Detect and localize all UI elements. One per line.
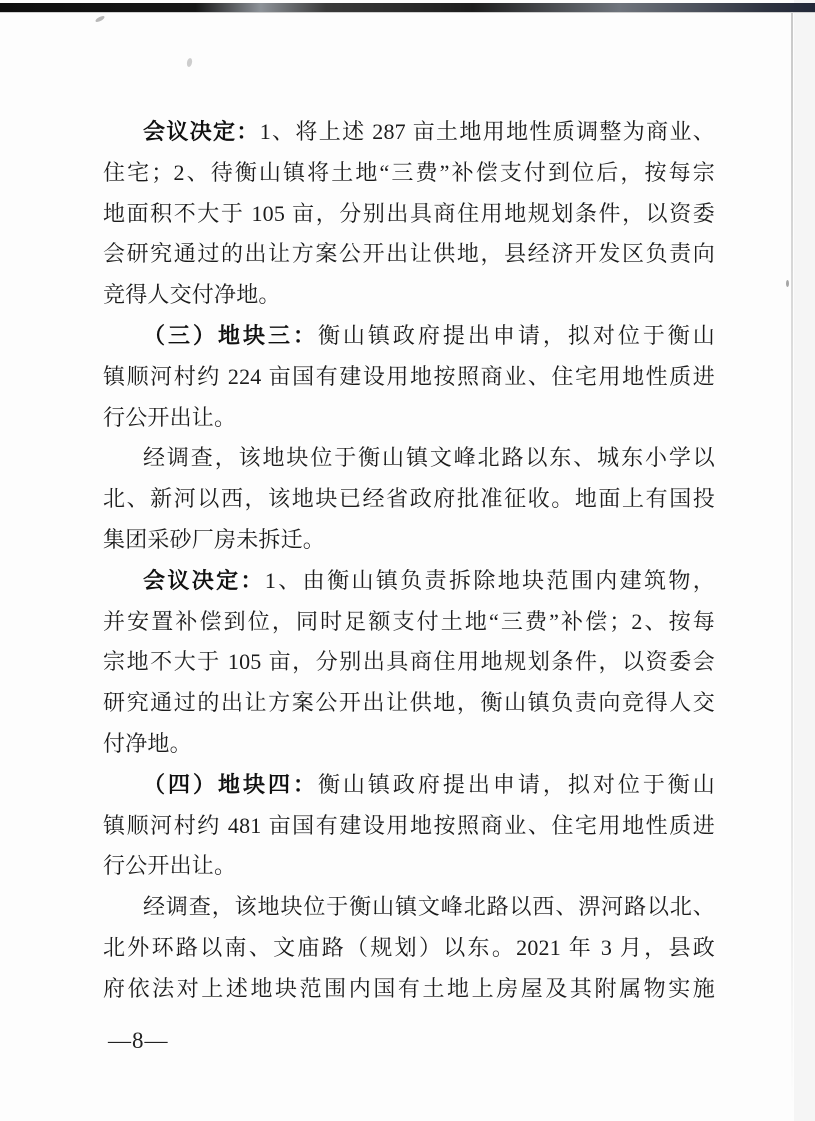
doc-line: 宗地不大于 105 亩，分别出具商住用地规划条件，以资委会 <box>103 642 715 683</box>
doc-line: 镇顺河村约 224 亩国有建设用地按照商业、住宅用地性质进 <box>103 357 715 398</box>
text-run: 集团采砂厂房未拆迁。 <box>103 527 325 552</box>
scan-artifact-speck <box>186 58 193 68</box>
scan-artifact-speck <box>95 15 106 23</box>
text-run: 行公开出让。 <box>103 853 236 878</box>
text-run: 北、新河以西，该地块已经省政府批准征收。地面上有国投 <box>103 486 715 511</box>
text-run: 镇顺河村约 224 亩国有建设用地按照商业、住宅用地性质进 <box>103 364 715 389</box>
doc-line: 地面积不大于 105 亩，分别出具商住用地规划条件，以资委 <box>103 194 715 235</box>
doc-line: 行公开出让。 <box>103 846 715 887</box>
bold-heading-run: （三）地块三： <box>143 323 318 348</box>
text-run: 衡山镇政府提出申请，拟对位于衡山 <box>318 772 715 797</box>
text-run: 地面积不大于 105 亩，分别出具商住用地规划条件，以资委 <box>103 201 715 226</box>
text-run: 1、由衡山镇负责拆除地块范围内建筑物， <box>265 568 715 593</box>
page-right-edge-line <box>791 10 793 1105</box>
text-run: 行公开出让。 <box>103 405 236 430</box>
doc-line: 北、新河以西，该地块已经省政府批准征收。地面上有国投 <box>103 479 715 520</box>
scanned-document-page: 会议决定：1、将上述 287 亩土地用地性质调整为商业、 住宅；2、待衡山镇将土… <box>0 0 815 1121</box>
text-run: 府依法对上述地块范围内国有土地上房屋及其附属物实施 <box>103 976 715 1001</box>
bold-heading-run: 会议决定： <box>143 568 265 593</box>
text-run: 经调查，该地块位于衡山镇文峰北路以东、城东小学以 <box>143 445 715 470</box>
bold-heading-run: 会议决定： <box>143 119 260 144</box>
page-number: —8— <box>108 1026 169 1056</box>
text-run: 竞得人交付净地。 <box>103 282 281 307</box>
doc-line: 经调查，该地块位于衡山镇文峰北路以西、淠河路以北、 <box>103 887 715 928</box>
text-run: 并安置补偿到位，同时足额支付土地“三费”补偿；2、按每 <box>103 609 715 634</box>
doc-line: 会议决定：1、将上述 287 亩土地用地性质调整为商业、 <box>103 112 715 153</box>
text-run: 宗地不大于 105 亩，分别出具商住用地规划条件，以资委会 <box>103 649 715 674</box>
doc-line: 会研究通过的出让方案公开出让供地，县经济开发区负责向 <box>103 234 715 275</box>
text-run: 研究通过的出让方案公开出让供地，衡山镇负责向竞得人交 <box>103 690 715 715</box>
text-run: 付净地。 <box>103 731 192 756</box>
doc-line: 并安置补偿到位，同时足额支付土地“三费”补偿；2、按每 <box>103 602 715 643</box>
doc-line: 集团采砂厂房未拆迁。 <box>103 520 715 561</box>
doc-line: 府依法对上述地块范围内国有土地上房屋及其附属物实施 <box>103 969 715 1010</box>
scan-top-border <box>0 3 815 13</box>
text-run: 北外环路以南、文庙路（规划）以东。2021 年 3 月，县政 <box>103 935 715 960</box>
bold-heading-run: （四）地块四： <box>143 772 318 797</box>
text-run: 衡山镇政府提出申请，拟对位于衡山 <box>318 323 715 348</box>
text-run: 住宅；2、待衡山镇将土地“三费”补偿支付到位后，按每宗 <box>103 160 715 185</box>
scan-artifact-speck <box>786 280 789 287</box>
doc-line: 北外环路以南、文庙路（规划）以东。2021 年 3 月，县政 <box>103 928 715 969</box>
doc-line: （四）地块四：衡山镇政府提出申请，拟对位于衡山 <box>103 765 715 806</box>
doc-line: 经调查，该地块位于衡山镇文峰北路以东、城东小学以 <box>103 438 715 479</box>
document-text-block: 会议决定：1、将上述 287 亩土地用地性质调整为商业、 住宅；2、待衡山镇将土… <box>103 112 715 1010</box>
text-run: 1、将上述 287 亩土地用地性质调整为商业、 <box>260 119 715 144</box>
doc-line: 竞得人交付净地。 <box>103 275 715 316</box>
doc-line: （三）地块三：衡山镇政府提出申请，拟对位于衡山 <box>103 316 715 357</box>
doc-line: 研究通过的出让方案公开出让供地，衡山镇负责向竞得人交 <box>103 683 715 724</box>
doc-line: 会议决定：1、由衡山镇负责拆除地块范围内建筑物， <box>103 561 715 602</box>
page-right-edge-shade <box>794 0 815 1121</box>
text-run: 经调查，该地块位于衡山镇文峰北路以西、淠河路以北、 <box>143 894 715 919</box>
doc-line: 行公开出让。 <box>103 398 715 439</box>
text-run: 会研究通过的出让方案公开出让供地，县经济开发区负责向 <box>103 241 715 266</box>
doc-line: 镇顺河村约 481 亩国有建设用地按照商业、住宅用地性质进 <box>103 806 715 847</box>
text-run: 镇顺河村约 481 亩国有建设用地按照商业、住宅用地性质进 <box>103 813 715 838</box>
doc-line: 住宅；2、待衡山镇将土地“三费”补偿支付到位后，按每宗 <box>103 153 715 194</box>
doc-line: 付净地。 <box>103 724 715 765</box>
